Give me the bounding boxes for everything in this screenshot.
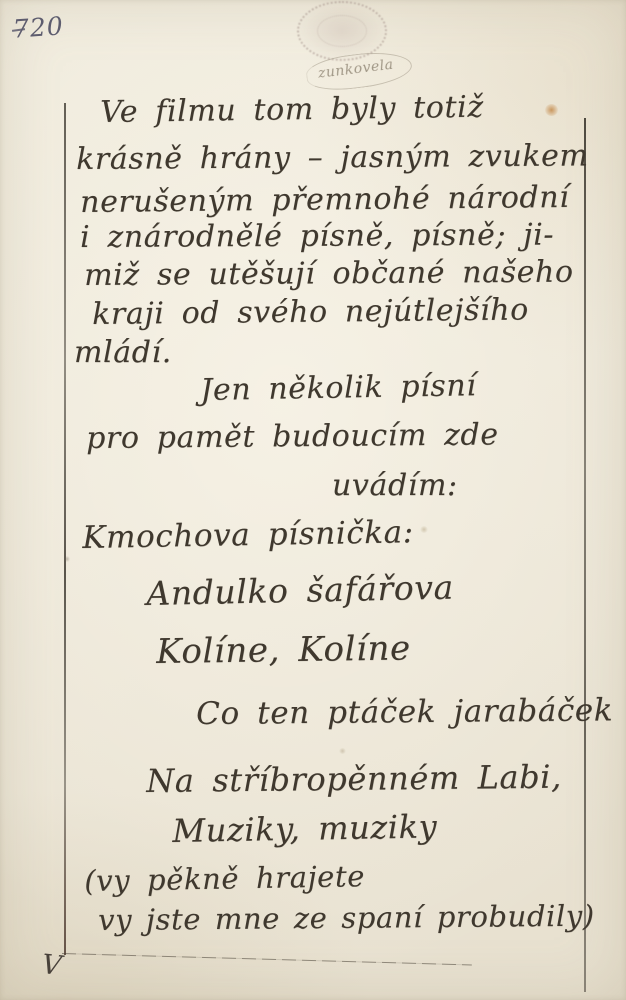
frame-line-bottom	[62, 953, 472, 966]
handwritten-line: kraji od svého nejútlejšího	[92, 292, 529, 332]
handwritten-line-song: Kolíne, Kolíne	[156, 628, 411, 672]
frame-line-right	[584, 118, 586, 992]
handwritten-line: i znárodnělé písně, písně; ji-	[80, 218, 554, 255]
verification-mark: V	[40, 949, 63, 982]
paper-stain	[339, 748, 346, 754]
handwritten-line: Ve filmu tom byly totiž	[100, 90, 484, 130]
frame-line-left	[64, 103, 66, 955]
handwritten-line-song: Andulko šafářova	[146, 568, 454, 613]
paper-stain	[420, 526, 428, 533]
handwritten-line-song: Na stříbropěnném Labi,	[146, 758, 562, 800]
handwritten-line: pro pamět budoucím zde	[86, 417, 499, 456]
handwritten-line: uvádím:	[332, 468, 458, 503]
handwritten-line: krásně hrány – jasným zvukem	[76, 138, 589, 177]
paper-stain	[64, 556, 70, 562]
handwritten-line: mládí.	[74, 335, 172, 370]
handwritten-line-song: vy jste mne ze spaní probudily)	[98, 899, 595, 937]
handwritten-line: miž se utěšují občané našeho	[84, 255, 574, 293]
handwritten-line-song: Co ten ptáček jarabáček	[196, 692, 613, 732]
handwritten-line-song-title: Kmochova písnička:	[82, 514, 414, 556]
handwritten-line: nerušeným přemnohé národní	[80, 180, 570, 220]
manuscript-page-scan: 720 zunkovela Ve filmu tom byly totiž kr…	[0, 0, 626, 1000]
page-number: 720	[12, 11, 65, 43]
handwritten-line: Jen několik písní	[200, 368, 477, 408]
handwritten-line-song: (vy pěkně hrajete	[84, 859, 365, 898]
foxing-spot	[545, 104, 558, 116]
archive-stamp-inner-ring	[317, 15, 367, 47]
handwritten-line-song: Muziky, muziky	[172, 807, 438, 850]
